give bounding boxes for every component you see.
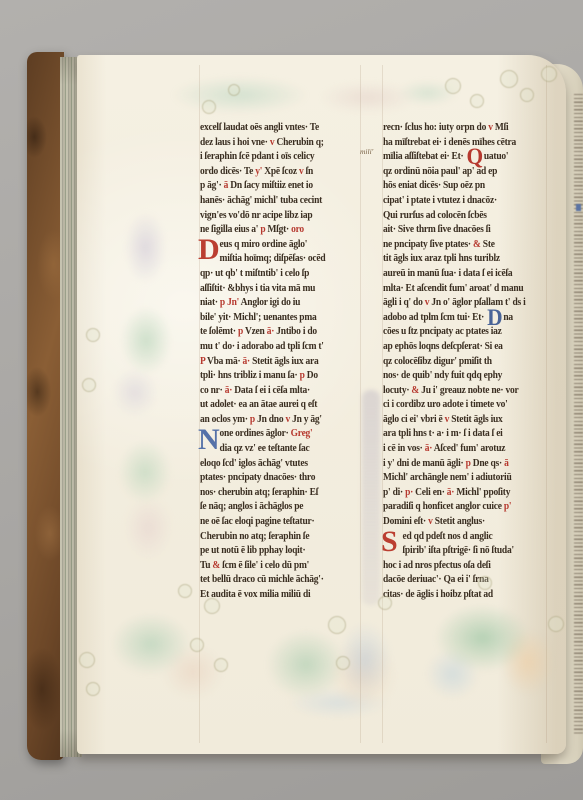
body-text: bile' yit· Michl'; uenantes pma [200,312,316,323]
body-text: Celi en· [415,487,447,498]
body-text: Cherubin no atq; ſeraphin ſe [200,531,309,542]
text-column-2: recn· ſclus ho: iuty orpn do v Mſiha mīſ… [383,121,546,603]
rubric-text: ā [504,458,509,469]
text-line: te ſolēmt· p Vzen ā· Jntibo i do [200,325,349,340]
body-text: tit āgls iux araz tpli hns turiblz [383,253,500,264]
body-text: Stetit āgls iux ara [252,356,318,367]
body-text: aureū in manū ſua· i data ſ ei icēſa [383,268,512,279]
body-text: Michl' ppoſity [456,487,510,498]
showthrough-ring [328,616,346,634]
body-text: dez laus i hoi vne· [200,137,270,148]
body-text: locuty· [383,385,411,396]
text-line: Tu & ſcm ē ſile' i celo dū pm' [200,559,349,574]
facing-page-blue-initial [576,204,581,211]
rubric-text: ā· [225,385,235,396]
text-line: i ſeraphin ſcē pdant i oīs celicy [200,150,349,165]
text-line: ſe nāq; anglos i āchāglos pe [200,500,349,515]
showthrough-ring [228,84,240,96]
showthrough-top-garland [150,70,330,120]
rubric-text: ā· [243,356,253,367]
text-line: miſtia hoīmq; diſpēſas· ocēd [200,252,349,267]
body-text: ara tpli hns t· a· i m· ſ i data ſ ei [383,428,503,439]
body-text: ne pncipaty ſive ptates· [383,239,473,250]
text-line: cipat' i ptate i vtutez i dnacōz· [383,194,535,209]
text-line: hōs eniat dicēs· Sup oēz pn [383,179,535,194]
body-text: nos· de quib' ndy fuit qdq ephy [383,370,502,381]
book-spine [27,52,64,760]
body-text: recn· ſclus ho: iuty orpn do [383,122,488,133]
body-text: ne oē ſac eloqi pagine teſtatur· [200,516,314,527]
body-text: Jn y āg' [292,414,322,425]
body-text: ait· Sive thrm ſive dnacōes ſi [383,224,491,235]
body-text: uatuo' [484,151,508,162]
text-line: Michl' archāngle nem' i adiutoriū [383,471,535,486]
showthrough-ring [470,94,484,108]
text-line: ara tpli hns t· a· i m· ſ i data ſ ei [383,427,535,442]
text-line: vign'es vo'dō nr acipe libz iap [200,209,349,224]
text-line: āgli i q' do v Jn o' āglor pſallam t' ds… [383,296,535,311]
text-line: āglo ci ei' vbri ē v Stetit āgls iux [383,413,535,428]
rubric-text: ā· [447,487,457,498]
rubric-text: & [212,560,222,571]
body-text: p' di· [383,487,405,498]
showthrough-ring [520,88,534,102]
rubric-text: p [466,458,473,469]
showthrough-top-garland [300,75,470,120]
body-text: paradiſi q honficet anglor cuice [383,501,504,512]
body-text: eus q miro ordine āglo' [220,239,308,250]
text-line: ait· Sive thrm ſive dnacōes ſi [383,223,535,238]
text-line: ap ephōs loqns deſcpſerat· Si ea [383,340,535,355]
rubric-text: p [260,224,267,235]
body-text: ut adolet· ea an ātae aurei q eſt [200,399,317,410]
body-text: co nr· [200,385,225,396]
showthrough-margin-vine [118,200,173,295]
rubric-text: ā· [425,443,434,454]
body-text: hoc i ad nros pfectus oſa deſi [383,560,491,571]
text-line: tpli· hns tribliz i manu ſa· p Do [200,369,349,384]
body-text: Tu [200,560,212,571]
body-text: dacōe deriuac'· Qa ei i' ſrna [383,574,489,585]
text-line: niat· p Jn' Anglor igi do iu [200,296,349,311]
rubric-text: Greg' [291,428,313,439]
body-text: Jn dno [257,414,285,425]
showthrough-medallion [330,610,400,710]
body-text: Mſi [495,122,509,133]
body-text: mu t' do· i adorabo ad tpli ſcm t' [200,341,324,352]
photo-backdrop: { "photo": { "backdrop_color": "#a8a6a3"… [0,0,583,800]
manuscript-page: excelſ laudat oēs angli vntes· Tedez lau… [77,55,566,754]
text-line: p' di· p· Celi en· ā· Michl' ppoſity [383,486,535,501]
body-text: p āg'· [200,180,224,191]
body-text: eloqo ſcd' iglos āchāg' vtutes [200,458,308,469]
showthrough-ring [548,616,564,632]
rubric-text: p' [504,501,511,512]
showthrough-ring [500,70,518,88]
showthrough-margin-vine [110,430,180,570]
body-text: āgli i q' do [383,297,425,308]
body-text: mīlia aſſiſtebat ei· Et· [383,151,466,162]
body-text: ſe nāq; anglos i āchāglos pe [200,501,303,512]
text-line: mīlia aſſiſtebat ei· Et· Quatuo' [383,150,535,165]
body-text: ap ephōs loqns deſcpſerat· Si ea [383,341,503,352]
showthrough-ring [202,100,216,114]
text-line: ſpirib' iſta pſtrigē· ſi nō ſtuda' [383,544,535,559]
text-line: co nr· ā· Data ſ ei i cēſa mlta· [200,384,349,399]
body-text: Michl' archāngle nem' i adiutoriū [383,472,511,483]
text-line: dacōe deriuac'· Qa ei i' ſrna [383,573,535,588]
margin-note: mili' [360,147,373,156]
showthrough-ring [541,66,557,82]
text-line: excelſ laudat oēs angli vntes· Te [200,121,349,136]
rubric-text: & [473,239,483,250]
body-text: miſtia hoīmq; diſpēſas· ocēd [220,253,326,264]
body-text: Xpē ſcoz [264,166,299,177]
text-line: nos· cherubin atq; ſeraphin· Eſ [200,486,349,501]
body-text: ſn [306,166,313,177]
text-line: aſſiſtit· &bhys i tia vita mā mu [200,282,349,297]
rubric-text: & [411,385,421,396]
text-line: qz colocēſibz digur' pmiſit th [383,355,535,370]
body-text: adobo ad tplm ſcm tui· Et· [383,312,486,323]
body-text: Jn o' āglor pſallam t' ds i [431,297,525,308]
showthrough-ring [86,682,100,696]
showthrough-ring [178,584,192,598]
body-text: Vzen [245,326,267,337]
showthrough-ring [82,378,96,392]
body-text: ed qd pdeſt nos d anglic [403,531,493,542]
text-line: ptates· pncipaty dnacōes· thro [200,471,349,486]
body-text: Et audita ē vox milia miliū di [200,589,310,600]
text-line: ha mīſtrebat ei· i denēs mīhes cētra [383,136,535,151]
drop-cap-initial: D [198,235,220,265]
text-line: pe ut notū ē lib pphay loqit· [200,544,349,559]
text-line: dia qz vz' ee teſtante ſac [200,442,349,457]
body-text: Anglor igi do iu [241,297,301,308]
body-text: Qui rurſus ad colocēn ſcbēs [383,210,487,221]
drop-cap-initial: N [198,425,220,455]
body-text: Ste [483,239,495,250]
facing-page-text-showthrough [574,94,583,734]
body-text: vign'es vo'dō nr acipe libz iap [200,210,312,221]
body-text: Cherubin q; [276,137,323,148]
body-text: dia qz vz' ee teſtante ſac [220,443,310,454]
showthrough-bottom-border [95,600,235,710]
body-text: citas· de āglis i hoibz pſtat ad [383,589,493,600]
text-line: mu t' do· i adorabo ad tpli ſcm t' [200,340,349,355]
text-line: an oclos ym· p Jn dno v Jn y āg' [200,413,349,428]
body-text: Ju i' greauz nobte ne· vor [421,385,518,396]
showthrough-ring [214,658,228,672]
body-text: one ordines āglor· [220,428,291,439]
body-text: ſcm ē ſile' i celo dū pm' [222,560,309,571]
text-line: eus q miro ordine āglo' [200,238,349,253]
text-line: nos· de quib' ndy fuit qdq ephy [383,369,535,384]
text-column-1: excelſ laudat oēs angli vntes· Tedez lau… [200,121,360,603]
text-line: paradiſi q honficet anglor cuice p' [383,500,535,515]
body-text: te ſolēmt· [200,326,238,337]
text-line: Cherubin no atq; ſeraphin ſe [200,530,349,545]
showthrough-column-bar [362,390,380,605]
text-line: ordo dicēs· Te y' Xpē ſcoz v ſn [200,165,349,180]
body-text: nos· cherubin atq; ſeraphin· Eſ [200,487,318,498]
body-text: i y' dni de manū āgli· [383,458,466,469]
showthrough-ring [79,652,95,668]
body-text: ptates· pncipaty dnacōes· thro [200,472,315,483]
body-text: hanēs· āchāg' michl' tuba cecint [200,195,322,206]
text-line: one ordines āglor· Greg' [200,427,349,442]
body-text: Dne qs· [473,458,504,469]
rubric-text: v [428,516,435,527]
rubric-text: P [200,356,207,367]
body-text: ordo dicēs· Te [200,166,255,177]
body-text: āglo ci ei' vbri ē [383,414,445,425]
text-line: aureū in manū ſua· i data ſ ei icēſa [383,267,535,282]
text-line: Domini eſt· v Stetit anglus· [383,515,535,530]
showthrough-bottom-border [415,590,565,710]
rubric-text: ā· [267,326,277,337]
text-line: p āg'· ā Dn ſacy miſtiiz enet io [200,179,349,194]
text-line: cōes u ſtz pncipaty ac ptates iaz [383,325,535,340]
body-text: excelſ laudat oēs angli vntes· Te [200,122,319,133]
text-line: bile' yit· Michl'; uenantes pma [200,311,349,326]
rubric-text: y' [255,166,264,177]
showthrough-ring [336,656,350,670]
body-text: cōes u ſtz pncipaty ac ptates iaz [383,326,502,337]
body-text: i ſeraphin ſcē pdant i oīs celicy [200,151,314,162]
body-text: Aſced' fum' arotuz [434,443,505,454]
text-line: ne ſigilla eius a' p Mſgt· oro [200,223,349,238]
body-text: hōs eniat dicēs· Sup oēz pn [383,180,485,191]
body-text: aſſiſtit· &bhys i tia vita mā mu [200,283,315,294]
body-text: mlta· Et aſcendit fum' aroat' d manu [383,283,523,294]
showthrough-ring [86,328,100,342]
body-text: tet bellū draco cū michle āchāg'· [200,574,324,585]
text-line: Qui rurſus ad colocēn ſcbēs [383,209,535,224]
text-line: Et audita ē vox milia miliū di [200,588,349,603]
text-line: eloqo ſcd' iglos āchāg' vtutes [200,457,349,472]
text-line: adobo ad tplm ſcm tui· Et· Dna [383,311,535,326]
body-text: Data ſ ei i cēſa mlta· [234,385,310,396]
body-text: Jntibo i do [276,326,317,337]
rubric-text: oro [291,224,304,235]
body-text: niat· [200,297,220,308]
showthrough-ring [445,78,461,94]
text-line: ed qd pdeſt nos d anglic [383,530,535,545]
showthrough-ring [190,638,204,652]
text-line: locuty· & Ju i' greauz nobte ne· vor [383,384,535,399]
drop-cap-initial: S [381,527,398,557]
text-line: hoc i ad nros pfectus oſa deſi [383,559,535,574]
text-line: ut adolet· ea an ātae aurei q eſt [200,398,349,413]
text-line: tet bellū draco cū michle āchāg'· [200,573,349,588]
rubric-text: ā [224,180,231,191]
text-line: recn· ſclus ho: iuty orpn do v Mſi [383,121,535,136]
showthrough-bottom-border [250,615,410,725]
body-text: ci i cordibz uro adote i timete vo' [383,399,508,410]
text-line: hanēs· āchāg' michl' tuba cecint [200,194,349,209]
text-line: i cē in vos· ā· Aſced' fum' arotuz [383,442,535,457]
text-line: qp· ut qb' t miſtntib' i celo ſp [200,267,349,282]
text-line: mlta· Et aſcendit fum' aroat' d manu [383,282,535,297]
text-line: qz ordinū nōia paul' ap' ad ep [383,165,535,180]
body-text: qz ordinū nōia paul' ap' ad ep [383,166,497,177]
body-text: pe ut notū ē lib pphay loqit· [200,545,305,556]
body-text: ſpirib' iſta pſtrigē· ſi nō ſtuda' [403,545,514,556]
body-text: Do [307,370,318,381]
body-text: Stetit anglus· [435,516,485,527]
text-line: tit āgls iux araz tpli hns turiblz [383,252,535,267]
text-line: citas· de āglis i hoibz pſtat ad [383,588,535,603]
rubric-text: p· [405,487,415,498]
body-text: cipat' i ptate i vtutez i dnacōz· [383,195,497,206]
body-text: na [503,312,513,323]
body-text: ha mīſtrebat ei· i denēs mīhes cētra [383,137,516,148]
text-line: dez laus i hoi vne· v Cherubin q; [200,136,349,151]
ruling-line [546,65,547,743]
rubric-text: p Jn' [220,297,241,308]
body-text: Dn ſacy miſtiiz enet io [230,180,313,191]
text-line: i y' dni de manū āgli· p Dne qs· ā [383,457,535,472]
rubric-text: p [300,370,307,381]
text-line: ci i cordibz uro adote i timete vo' [383,398,535,413]
body-text: tpli· hns tribliz i manu ſa· [200,370,300,381]
body-text: Mſgt· [268,224,292,235]
text-line: ne pncipaty ſive ptates· & Ste [383,238,535,253]
body-text: i cē in vos· [383,443,425,454]
body-text: Stetit āgls iux [451,414,502,425]
body-text: qz colocēſibz digur' pmiſit th [383,356,492,367]
ruling-line [360,65,361,743]
body-text: qp· ut qb' t miſtntib' i celo ſp [200,268,309,279]
text-line: ne oē ſac eloqi pagine teſtatur· [200,515,349,530]
text-line: P Vba mā· ā· Stetit āgls iux ara [200,355,349,370]
rubric-text: v [299,166,306,177]
showthrough-margin-vine [105,295,180,425]
body-text: Vba mā· [207,356,243,367]
